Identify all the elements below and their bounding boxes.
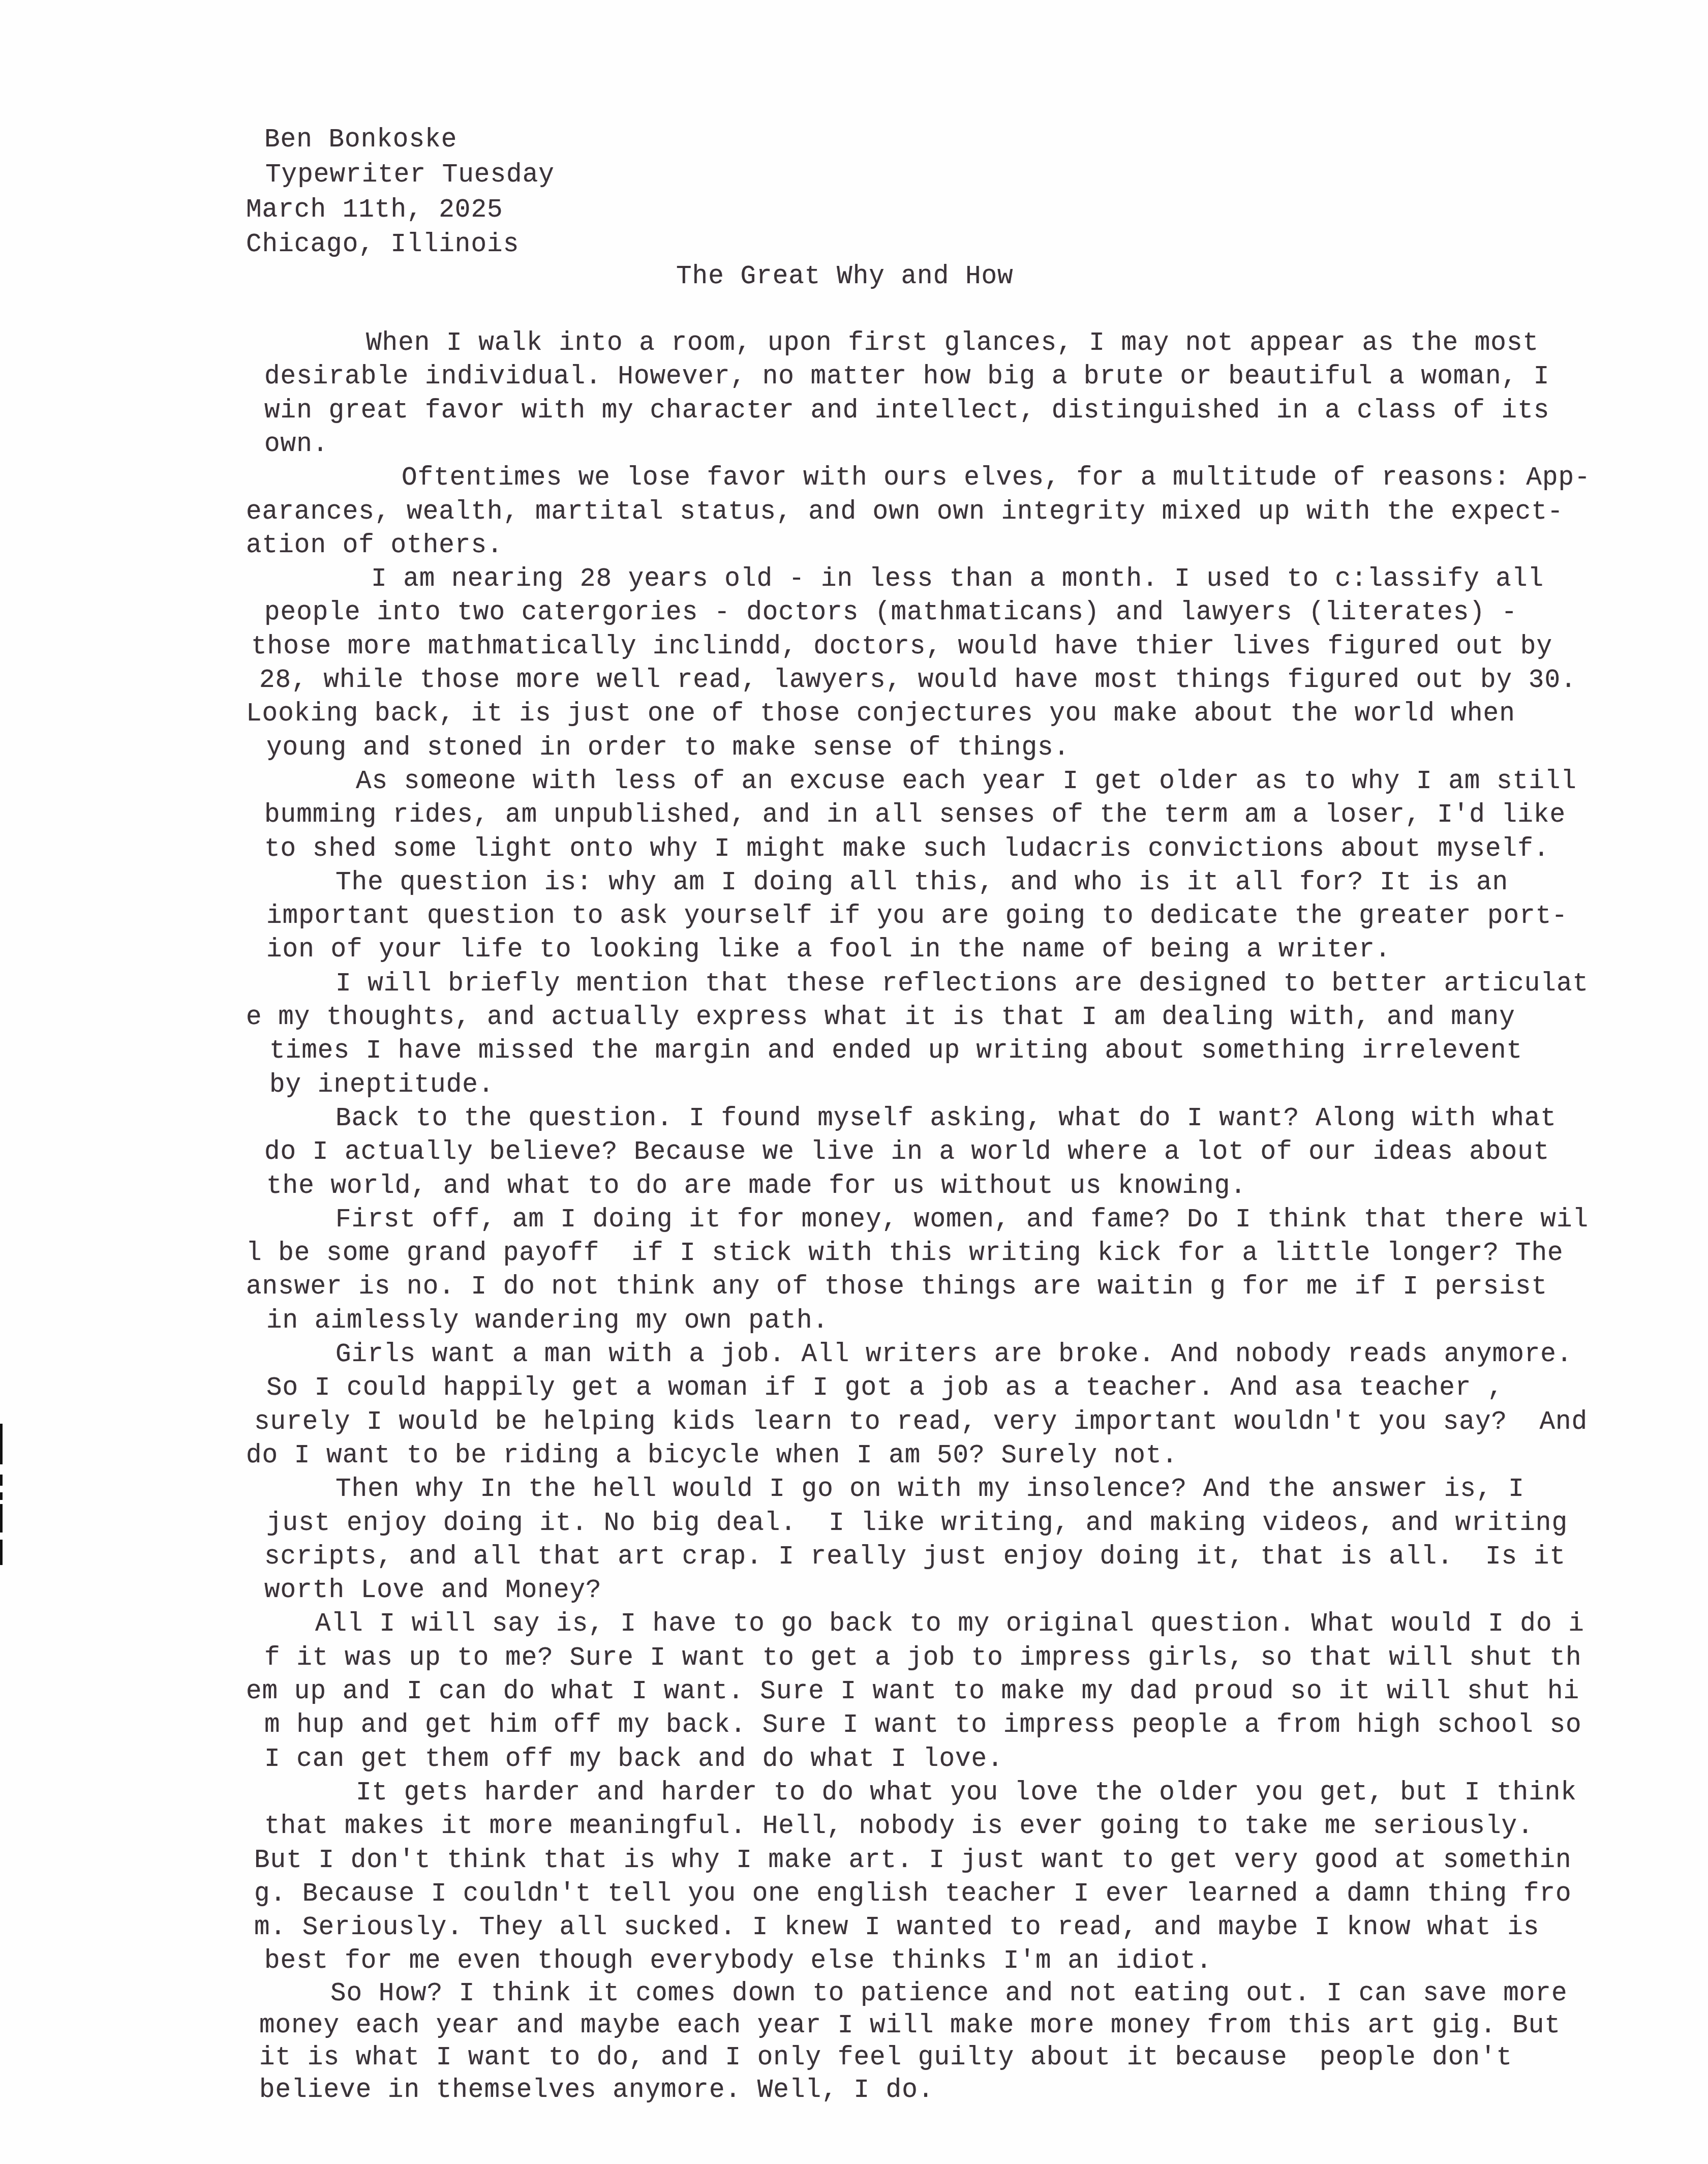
body-line: in aimlessly wandering my own path. [266,1306,829,1337]
body-line: scripts, and all that art crap. I really… [264,1542,1566,1573]
typed-page: Ben Bonkoske Typewriter Tuesday March 11… [0,0,1708,2164]
date: March 11th, 2025 [246,195,503,226]
body-line: It gets harder and harder to do what you… [356,1778,1577,1809]
body-line: g. Because I couldn't tell you one engli… [254,1879,1572,1910]
body-line: So I could happily get a woman if I got … [266,1373,1504,1404]
body-line: earances, wealth, martital status, and o… [246,497,1564,528]
series-name: Typewriter Tuesday [265,160,555,191]
body-line: win great favor with my character and in… [264,396,1549,427]
body-line: important question to ask yourself if yo… [266,901,1568,932]
scan-edge-mark [0,1492,3,1500]
body-line: the world, and what to do are made for u… [266,1171,1246,1202]
body-line: f it was up to me? Sure I want to get a … [264,1643,1582,1674]
body-line: those more mathmatically inclindd, docto… [251,632,1552,663]
scan-edge-mark [0,1540,3,1565]
body-line: So How? I think it comes down to patienc… [330,1979,1568,2009]
body-line: it is what I want to do, and I only feel… [259,2043,1512,2073]
body-line: own. [264,430,328,460]
body-line: But I don't think that is why I make art… [254,1846,1572,1876]
scan-edge-mark [0,1424,3,1464]
body-line: that makes it more meaningful. Hell, nob… [264,1812,1534,1842]
body-line: money each year and maybe each year I wi… [259,2011,1561,2041]
body-line: do I want to be riding a bicycle when I … [246,1441,1178,1471]
body-line: em up and I can do what I want. Sure I w… [246,1677,1579,1707]
body-line: to shed some light onto why I might make… [264,834,1549,865]
body-line: I will briefly mention that these reflec… [335,969,1589,1000]
body-line: answer is no. I do not think any of thos… [246,1272,1547,1303]
body-line: ion of your life to looking like a fool … [266,935,1391,966]
body-line: First off, am I doing it for money, wome… [335,1205,1589,1236]
body-line: people into two catergories - doctors (m… [264,598,1517,628]
body-line: bumming rides, am unpublished, and in al… [264,800,1566,831]
body-line: Then why In the hell would I go on with … [335,1475,1524,1505]
document-title: The Great Why and How [676,262,1014,292]
body-line: just enjoy doing it. No big deal. I like… [266,1509,1568,1539]
location: Chicago, Illinois [246,230,519,260]
body-line: e my thoughts, and actually express what… [246,1003,1515,1033]
body-line: The question is: why am I doing all this… [335,868,1508,898]
author-name: Ben Bonkoske [264,125,457,156]
body-line: All I will say is, I have to go back to … [315,1609,1584,1640]
body-line: Looking back, it is just one of those co… [246,699,1515,730]
body-line: l be some grand payoff if I stick with t… [246,1239,1564,1269]
body-line: m hup and get him off my back. Sure I wa… [264,1710,1582,1741]
body-line: by ineptitude. [269,1070,494,1101]
body-line: Oftentimes we lose favor with ours elves… [402,463,1591,494]
body-line: As someone with less of an excuse each y… [356,767,1577,797]
body-line: Back to the question. I found myself ask… [335,1104,1557,1134]
body-line: times I have missed the margin and ended… [269,1036,1522,1067]
body-line: worth Love and Money? [264,1576,602,1606]
body-line: 28, while those more well read, lawyers,… [259,666,1577,696]
scan-edge-mark [0,1475,3,1486]
body-line: Girls want a man with a job. All writers… [335,1340,1573,1370]
scan-edge-mark [0,1504,3,1532]
body-line: I can get them off my back and do what I… [264,1745,1003,1775]
body-line: I am nearing 28 years old - in less than… [371,564,1544,595]
body-line: young and stoned in order to make sense … [266,733,1070,764]
body-line: When I walk into a room, upon first glan… [366,328,1539,359]
body-line: desirable individual. However, no matter… [264,362,1549,393]
body-line: ation of others. [246,531,503,561]
body-line: best for me even though everybody else t… [264,1946,1212,1977]
body-line: believe in themselves anymore. Well, I d… [259,2076,934,2106]
body-line: m. Seriously. They all sucked. I knew I … [254,1913,1539,1943]
body-line: surely I would be helping kids learn to … [254,1407,1588,1438]
body-line: do I actually believe? Because we live i… [264,1137,1549,1168]
